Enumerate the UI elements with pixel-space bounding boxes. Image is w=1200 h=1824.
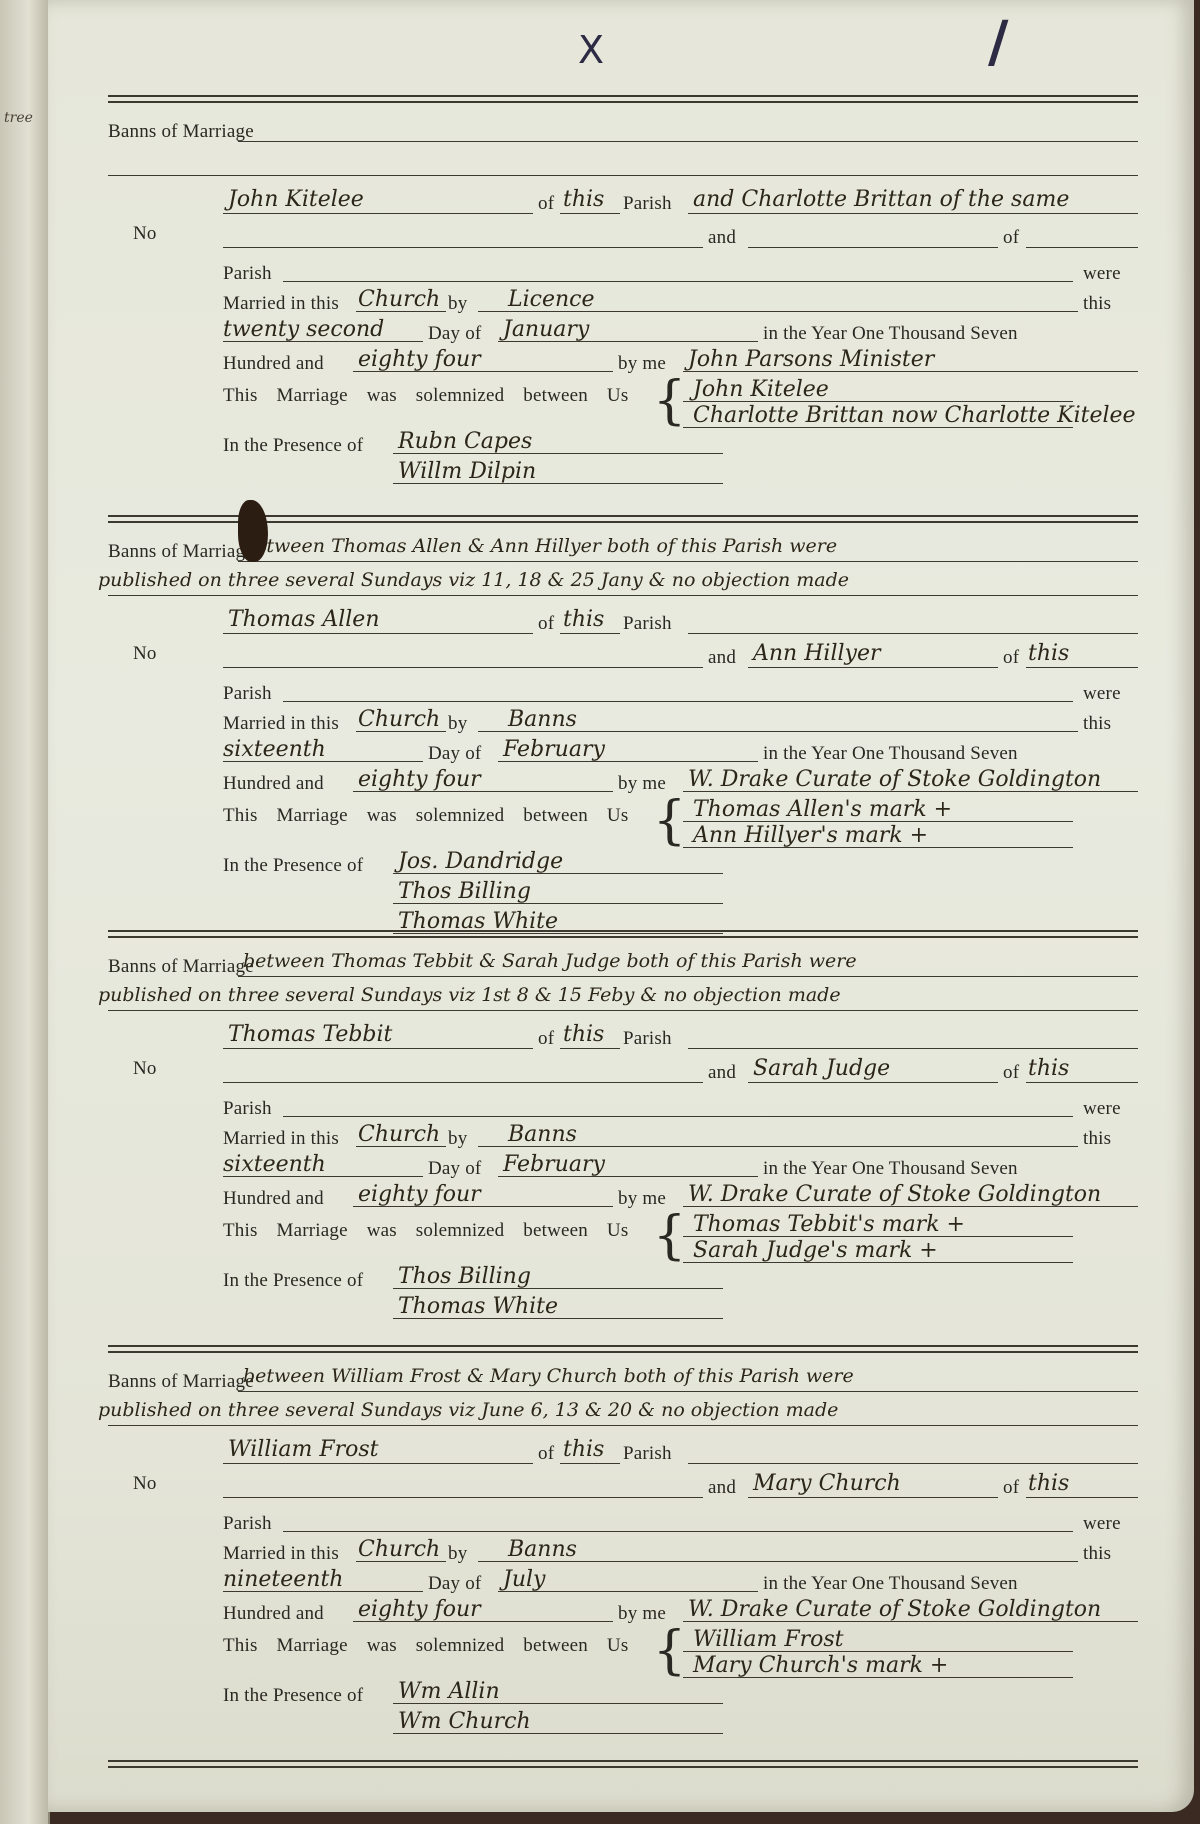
facing-page-edge: tree: [0, 0, 50, 1824]
groom-parish: this: [563, 607, 604, 632]
form-line: [108, 175, 1138, 176]
form-line: [393, 1733, 723, 1734]
form-line: [683, 1621, 1138, 1622]
form-line: [353, 1206, 613, 1207]
printed-year: in the Year One Thousand Seven: [763, 1573, 1018, 1595]
margin-fragment: tree: [4, 110, 33, 126]
year: eighty four: [358, 1182, 481, 1207]
by-method: Banns: [508, 1537, 577, 1562]
banns-label: Banns of Marriage: [108, 1371, 254, 1393]
printed-parish-2: Parish: [223, 1513, 272, 1535]
form-line: [283, 281, 1073, 282]
printed-solemnized: This Marriage was solemnized between Us: [223, 805, 628, 827]
month: February: [503, 1152, 605, 1177]
form-line: [498, 761, 758, 762]
banns-text-1: between William Frost & Mary Church both…: [243, 1365, 854, 1387]
form-line: [223, 1463, 533, 1464]
day: nineteenth: [223, 1567, 343, 1592]
printed-were: were: [1083, 683, 1121, 705]
form-line: [223, 1591, 423, 1592]
printed-solemnized: This Marriage was solemnized between Us: [223, 385, 628, 407]
entry-divider: [108, 95, 1138, 103]
printed-day-of: Day of: [428, 323, 481, 345]
signature-groom: Thomas Tebbit's mark +: [693, 1212, 965, 1237]
year: eighty four: [358, 767, 481, 792]
form-line: [353, 791, 613, 792]
form-line: [283, 1531, 1073, 1532]
form-line: [108, 1425, 1138, 1426]
banns-label: Banns of Marriage: [108, 956, 254, 978]
printed-parish: Parish: [623, 1028, 672, 1050]
printed-day-of: Day of: [428, 1573, 481, 1595]
printed-parish: Parish: [623, 193, 672, 215]
form-line: [223, 761, 423, 762]
printed-by: by: [448, 1543, 467, 1565]
form-line: [683, 1236, 1073, 1237]
printed-no: No: [133, 1058, 157, 1080]
printed-were: were: [1083, 1513, 1121, 1535]
officiant: W. Drake Curate of Stoke Goldington: [688, 767, 1101, 792]
form-line: [223, 1048, 533, 1049]
form-line: [748, 1082, 998, 1083]
bride-name: Sarah Judge: [753, 1056, 890, 1081]
form-line: [393, 453, 723, 454]
form-line: [683, 791, 1138, 792]
by-method: Licence: [508, 287, 595, 312]
form-line: [223, 213, 533, 214]
register-page: X /: [48, 0, 1194, 1812]
officiant: John Parsons Minister: [688, 347, 934, 372]
form-line: [393, 1288, 723, 1289]
banns-text-1: between Thomas Allen & Ann Hillyer both …: [243, 535, 837, 557]
form-line: [393, 1318, 723, 1319]
witness: Thos Billing: [398, 1264, 531, 1289]
form-line: [238, 976, 1138, 977]
signature-bride: Mary Church's mark +: [693, 1653, 948, 1678]
form-line: [356, 1146, 446, 1147]
printed-of-2: of: [1003, 227, 1019, 249]
signature-bride: Ann Hillyer's mark +: [693, 823, 928, 848]
printed-hundred: Hundred and: [223, 353, 324, 375]
printed-parish-2: Parish: [223, 1098, 272, 1120]
printed-this: this: [1083, 1128, 1111, 1150]
form-line: [748, 247, 998, 248]
printed-married: Married in this: [223, 713, 339, 735]
bottom-divider: [108, 1760, 1138, 1768]
form-line: [356, 731, 446, 732]
form-line: [498, 341, 758, 342]
printed-and: and: [708, 227, 736, 249]
form-line: [1026, 1082, 1138, 1083]
form-line: [683, 401, 1073, 402]
place: Church: [358, 707, 440, 732]
bride-line: and Charlotte Brittan of the same: [693, 187, 1069, 212]
form-line: [498, 1591, 758, 1592]
printed-of: of: [538, 1443, 554, 1465]
printed-this: this: [1083, 1543, 1111, 1565]
printed-day-of: Day of: [428, 743, 481, 765]
printed-presence: In the Presence of: [223, 855, 363, 877]
form-line: [688, 213, 1138, 214]
printed-by: by: [448, 293, 467, 315]
printed-year: in the Year One Thousand Seven: [763, 1158, 1018, 1180]
bride-parish: this: [1028, 1056, 1069, 1081]
form-line: [223, 1497, 703, 1498]
slash-mark: /: [988, 10, 1008, 75]
form-line: [283, 1116, 1073, 1117]
form-line: [223, 247, 703, 248]
form-line: [223, 633, 533, 634]
form-line: [560, 633, 620, 634]
form-line: [1026, 247, 1138, 248]
month: January: [503, 317, 589, 342]
printed-this: this: [1083, 713, 1111, 735]
printed-of: of: [538, 193, 554, 215]
printed-no: No: [133, 643, 157, 665]
form-line: [683, 847, 1073, 848]
form-line: [560, 1048, 620, 1049]
banns-text-2: published on three several Sundays viz 1…: [98, 569, 849, 591]
printed-parish-2: Parish: [223, 263, 272, 285]
form-line: [353, 1621, 613, 1622]
printed-parish: Parish: [623, 1443, 672, 1465]
signature-bride: Charlotte Brittan now Charlotte Kitelee: [693, 403, 1136, 428]
printed-of: of: [538, 613, 554, 635]
form-line: [238, 141, 1138, 142]
printed-were: were: [1083, 263, 1121, 285]
form-line: [688, 633, 1138, 634]
form-line: [353, 371, 613, 372]
witness: Thomas White: [398, 1294, 558, 1319]
groom-parish: this: [563, 187, 604, 212]
form-line: [393, 1703, 723, 1704]
printed-of: of: [538, 1028, 554, 1050]
groom-parish: this: [563, 1437, 604, 1462]
bride-parish: this: [1028, 1471, 1069, 1496]
banns-label: Banns of Marriage: [108, 121, 254, 143]
printed-hundred: Hundred and: [223, 773, 324, 795]
banns-text-1: between Thomas Tebbit & Sarah Judge both…: [243, 950, 857, 972]
bride-parish: this: [1028, 641, 1069, 666]
printed-year: in the Year One Thousand Seven: [763, 323, 1018, 345]
signature-groom: William Frost: [693, 1627, 844, 1652]
banns-text-2: published on three several Sundays viz 1…: [98, 984, 841, 1006]
witness: Jos. Dandridge: [398, 849, 563, 874]
groom-name: William Frost: [228, 1437, 379, 1462]
signature-groom: John Kitelee: [693, 377, 829, 402]
printed-by: by: [448, 1128, 467, 1150]
groom-parish: this: [563, 1022, 604, 1047]
printed-hundred: Hundred and: [223, 1188, 324, 1210]
form-line: [108, 1010, 1138, 1011]
printed-presence: In the Presence of: [223, 1270, 363, 1292]
witness: Wm Church: [398, 1709, 531, 1734]
printed-married: Married in this: [223, 1128, 339, 1150]
groom-name: Thomas Tebbit: [228, 1022, 392, 1047]
bride-name: Mary Church: [753, 1471, 901, 1496]
form-line: [683, 821, 1073, 822]
form-line: [223, 667, 703, 668]
printed-were: were: [1083, 1098, 1121, 1120]
form-line: [683, 1262, 1073, 1263]
printed-and: and: [708, 1477, 736, 1499]
printed-this: this: [1083, 293, 1111, 315]
form-line: [356, 311, 446, 312]
brace: {: [653, 795, 686, 847]
year: eighty four: [358, 347, 481, 372]
printed-hundred: Hundred and: [223, 1603, 324, 1625]
printed-no: No: [133, 1473, 157, 1495]
printed-no: No: [133, 223, 157, 245]
printed-parish: Parish: [623, 613, 672, 635]
groom-name: John Kitelee: [228, 187, 364, 212]
printed-and: and: [708, 1062, 736, 1084]
form-line: [683, 1206, 1138, 1207]
form-line: [223, 341, 423, 342]
place: Church: [358, 1537, 440, 1562]
form-line: [108, 595, 1138, 596]
form-line: [238, 1391, 1138, 1392]
banns-text-2: published on three several Sundays viz J…: [98, 1399, 838, 1421]
month: July: [503, 1567, 545, 1592]
banns-label: Banns of Marriage: [108, 541, 254, 563]
brace: {: [653, 375, 686, 427]
form-line: [683, 1677, 1073, 1678]
officiant: W. Drake Curate of Stoke Goldington: [688, 1182, 1101, 1207]
month: February: [503, 737, 605, 762]
form-line: [748, 667, 998, 668]
form-line: [1026, 667, 1138, 668]
place: Church: [358, 1122, 440, 1147]
form-line: [683, 1651, 1073, 1652]
form-line: [393, 903, 723, 904]
by-method: Banns: [508, 1122, 577, 1147]
printed-year: in the Year One Thousand Seven: [763, 743, 1018, 765]
signature-groom: Thomas Allen's mark +: [693, 797, 952, 822]
printed-married: Married in this: [223, 293, 339, 315]
entry-divider: [108, 930, 1138, 938]
form-line: [498, 1176, 758, 1177]
printed-presence: In the Presence of: [223, 1685, 363, 1707]
form-line: [223, 1176, 423, 1177]
witness: Rubn Capes: [398, 429, 532, 454]
form-line: [238, 561, 1138, 562]
brace: {: [653, 1210, 686, 1262]
form-line: [1026, 1497, 1138, 1498]
year: eighty four: [358, 1597, 481, 1622]
form-line: [223, 1082, 703, 1083]
entry-divider: [108, 1345, 1138, 1353]
form-line: [683, 427, 1073, 428]
form-line: [748, 1497, 998, 1498]
printed-presence: In the Presence of: [223, 435, 363, 457]
form-line: [283, 701, 1073, 702]
signature-bride: Sarah Judge's mark +: [693, 1238, 938, 1263]
bride-name: Ann Hillyer: [753, 641, 880, 666]
officiant: W. Drake Curate of Stoke Goldington: [688, 1597, 1101, 1622]
printed-by: by: [448, 713, 467, 735]
printed-solemnized: This Marriage was solemnized between Us: [223, 1635, 628, 1657]
brace: {: [653, 1625, 686, 1677]
printed-and: and: [708, 647, 736, 669]
form-line: [560, 1463, 620, 1464]
form-line: [393, 483, 723, 484]
form-line: [688, 1048, 1138, 1049]
printed-day-of: Day of: [428, 1158, 481, 1180]
x-mark: X: [578, 28, 604, 72]
form-line: [356, 1561, 446, 1562]
day: sixteenth: [223, 737, 326, 762]
printed-of-2: of: [1003, 1477, 1019, 1499]
form-line: [688, 1463, 1138, 1464]
witness: Wm Allin: [398, 1679, 500, 1704]
form-line: [683, 371, 1138, 372]
witness: Thos Billing: [398, 879, 531, 904]
printed-parish-2: Parish: [223, 683, 272, 705]
form-line: [393, 873, 723, 874]
form-line: [560, 213, 620, 214]
place: Church: [358, 287, 440, 312]
by-method: Banns: [508, 707, 577, 732]
printed-married: Married in this: [223, 1543, 339, 1565]
printed-of-2: of: [1003, 1062, 1019, 1084]
printed-solemnized: This Marriage was solemnized between Us: [223, 1220, 628, 1242]
day: twenty second: [223, 317, 384, 342]
groom-name: Thomas Allen: [228, 607, 380, 632]
printed-of-2: of: [1003, 647, 1019, 669]
witness: Willm Dilpin: [398, 459, 536, 484]
day: sixteenth: [223, 1152, 326, 1177]
